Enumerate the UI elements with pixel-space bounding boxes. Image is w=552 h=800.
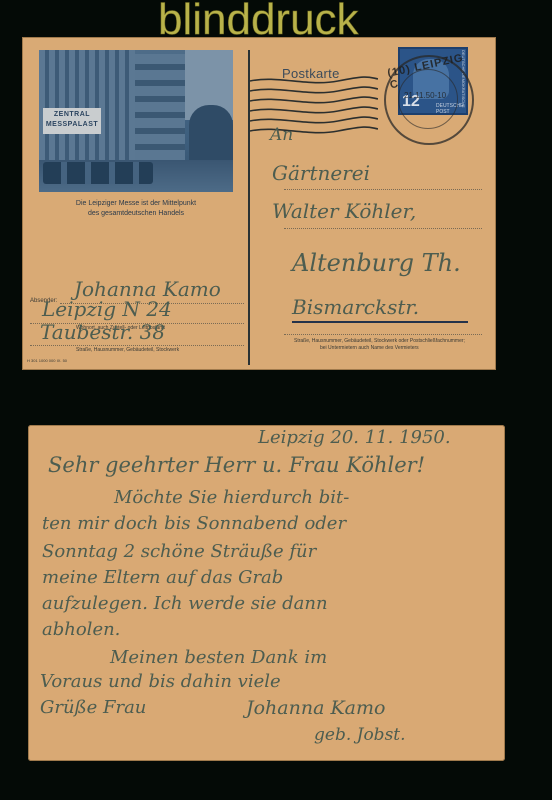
recipient-an: An	[270, 125, 293, 145]
building-middle	[135, 54, 185, 164]
recipient-footer-1: Straße, Hausnummer, Gebäudeteil, Stockwe…	[294, 338, 465, 344]
sender-street: Taubestr. 38	[40, 320, 165, 344]
postmark-date: 21.11.50-10	[404, 91, 446, 100]
letter-line-8: Voraus und bis dahin viele	[40, 671, 281, 692]
letter-date: Leipzig 20. 11. 1950.	[258, 427, 451, 448]
wavy-cancellation-lines	[248, 73, 378, 143]
caption-line-2: des gesamtdeutschen Handels	[39, 209, 233, 219]
letter-line-5: aufzulegen. Ich werde sie dann	[42, 593, 328, 614]
recipient-line-3: Walter Köhler,	[272, 199, 416, 223]
photo-caption: Die Leipziger Messe ist der Mittelpunkt …	[39, 199, 233, 219]
letter-signature: Johanna Kamo	[246, 697, 385, 719]
letter-line-7: Meinen besten Dank im	[110, 647, 327, 668]
address-line-3	[284, 334, 482, 335]
letter-line-6: abholen.	[42, 619, 120, 640]
recipient-line-5: Bismarckstr.	[292, 295, 419, 319]
messpalast-sign: ZENTRAL MESSPALAST	[43, 108, 101, 134]
sender-street-label: Straße, Hausnummer, Gebäudeteil, Stockwe…	[76, 347, 179, 353]
letter-line-1: Möchte Sie hierdurch bit-	[114, 487, 349, 508]
address-line-2	[284, 228, 482, 229]
watermark-text: blinddruck	[158, 0, 359, 46]
postcard-back: Leipzig 20. 11. 1950. Sehr geehrter Herr…	[28, 425, 505, 761]
letter-line-3: Sonntag 2 schöne Sträuße für	[42, 541, 316, 562]
letter-greeting: Sehr geehrter Herr u. Frau Köhler!	[48, 453, 425, 477]
caption-line-1: Die Leipziger Messe ist der Mittelpunkt	[39, 199, 233, 209]
sign-line-1: ZENTRAL	[43, 110, 101, 120]
address-line-1	[284, 189, 482, 190]
letter-line-4: meine Eltern auf das Grab	[42, 567, 283, 588]
sender-city: Leipzig N 24	[42, 297, 172, 321]
print-code: H 301 1000 000 IX. 50	[27, 358, 67, 363]
recipient-line-2: Gärtnerei	[272, 161, 370, 185]
sign-line-2: MESSPALAST	[43, 120, 101, 130]
leipzig-fair-photo: ZENTRAL MESSPALAST	[39, 50, 233, 192]
recipient-footer-2: bei Untermietern auch Name des Vermieter…	[320, 345, 419, 351]
cars	[43, 162, 153, 184]
recipient-line-4: Altenburg Th.	[292, 249, 461, 277]
postmark: (10) LEIPZIG C 21.11.50-10	[384, 55, 474, 145]
letter-line-9: Grüße Frau	[40, 697, 146, 718]
city-underline	[292, 321, 468, 323]
sender-line-3	[30, 345, 244, 346]
postcard-front: ZENTRAL MESSPALAST Die Leipziger Messe i…	[22, 37, 496, 370]
letter-signature-note: geb. Jobst.	[314, 725, 406, 745]
letter-line-2: ten mir doch bis Sonnabend oder	[42, 513, 346, 534]
